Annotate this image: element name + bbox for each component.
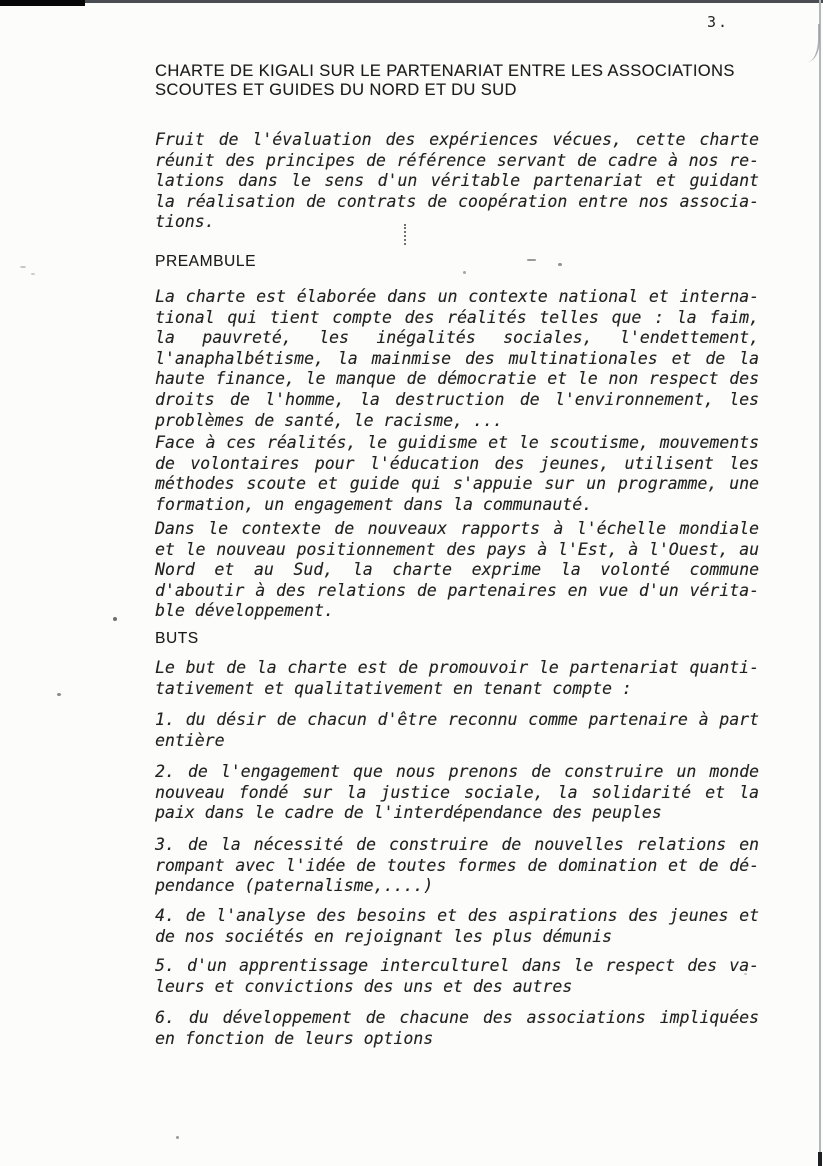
scan-artifact-speck [31, 273, 35, 275]
section-heading-buts: BUTS [155, 630, 555, 648]
scan-artifact-speck [113, 617, 117, 621]
scan-artifact-right-edge-dark [818, 1152, 822, 1166]
scan-artifact-speck [558, 263, 562, 266]
section-heading-preambule: PREAMBULE [155, 253, 555, 271]
scan-artifact-right-edge [819, 0, 821, 1166]
preambule-paragraph-1: La charte est élaborée dans un contexte … [155, 287, 759, 431]
scan-artifact-curve [806, 24, 820, 62]
scan-artifact-speck [57, 693, 61, 696]
scan-artifact-speck [176, 1136, 179, 1139]
intro-paragraph: Fruit de l'évaluation des expériences vé… [155, 130, 759, 233]
buts-item-1: 1. du désir de chacun d'être reconnu com… [155, 710, 759, 751]
scan-artifact-speck [20, 266, 26, 268]
document-title: CHARTE DE KIGALI SUR LE PARTENARIAT ENTR… [155, 62, 795, 99]
preambule-paragraph-3: Dans le contexte de nouveaux rapports à … [155, 519, 759, 622]
scan-artifact-top-left-bar [0, 0, 85, 6]
buts-item-2: 2. de l'engagement que nous prenons de c… [155, 762, 759, 824]
buts-item-5: 5. d'un apprentissage interculturel dans… [155, 956, 759, 997]
buts-item-4: 4. de l'analyse des besoins et des aspir… [155, 906, 759, 947]
buts-intro-paragraph: Le but de la charte est de promouvoir le… [155, 658, 759, 699]
scan-artifact-speck [463, 271, 466, 274]
buts-item-6: 6. du développement de chacune des assoc… [155, 1008, 759, 1049]
buts-item-3: 3. de la nécessité de construire de nouv… [155, 835, 759, 897]
scanned-document-page: 3. CHARTE DE KIGALI SUR LE PARTENARIAT E… [0, 0, 823, 1166]
page-number: 3. [707, 13, 729, 31]
preambule-paragraph-2: Face à ces réalités, le guidisme et le s… [155, 433, 759, 515]
scan-artifact-top-edge [0, 0, 823, 3]
